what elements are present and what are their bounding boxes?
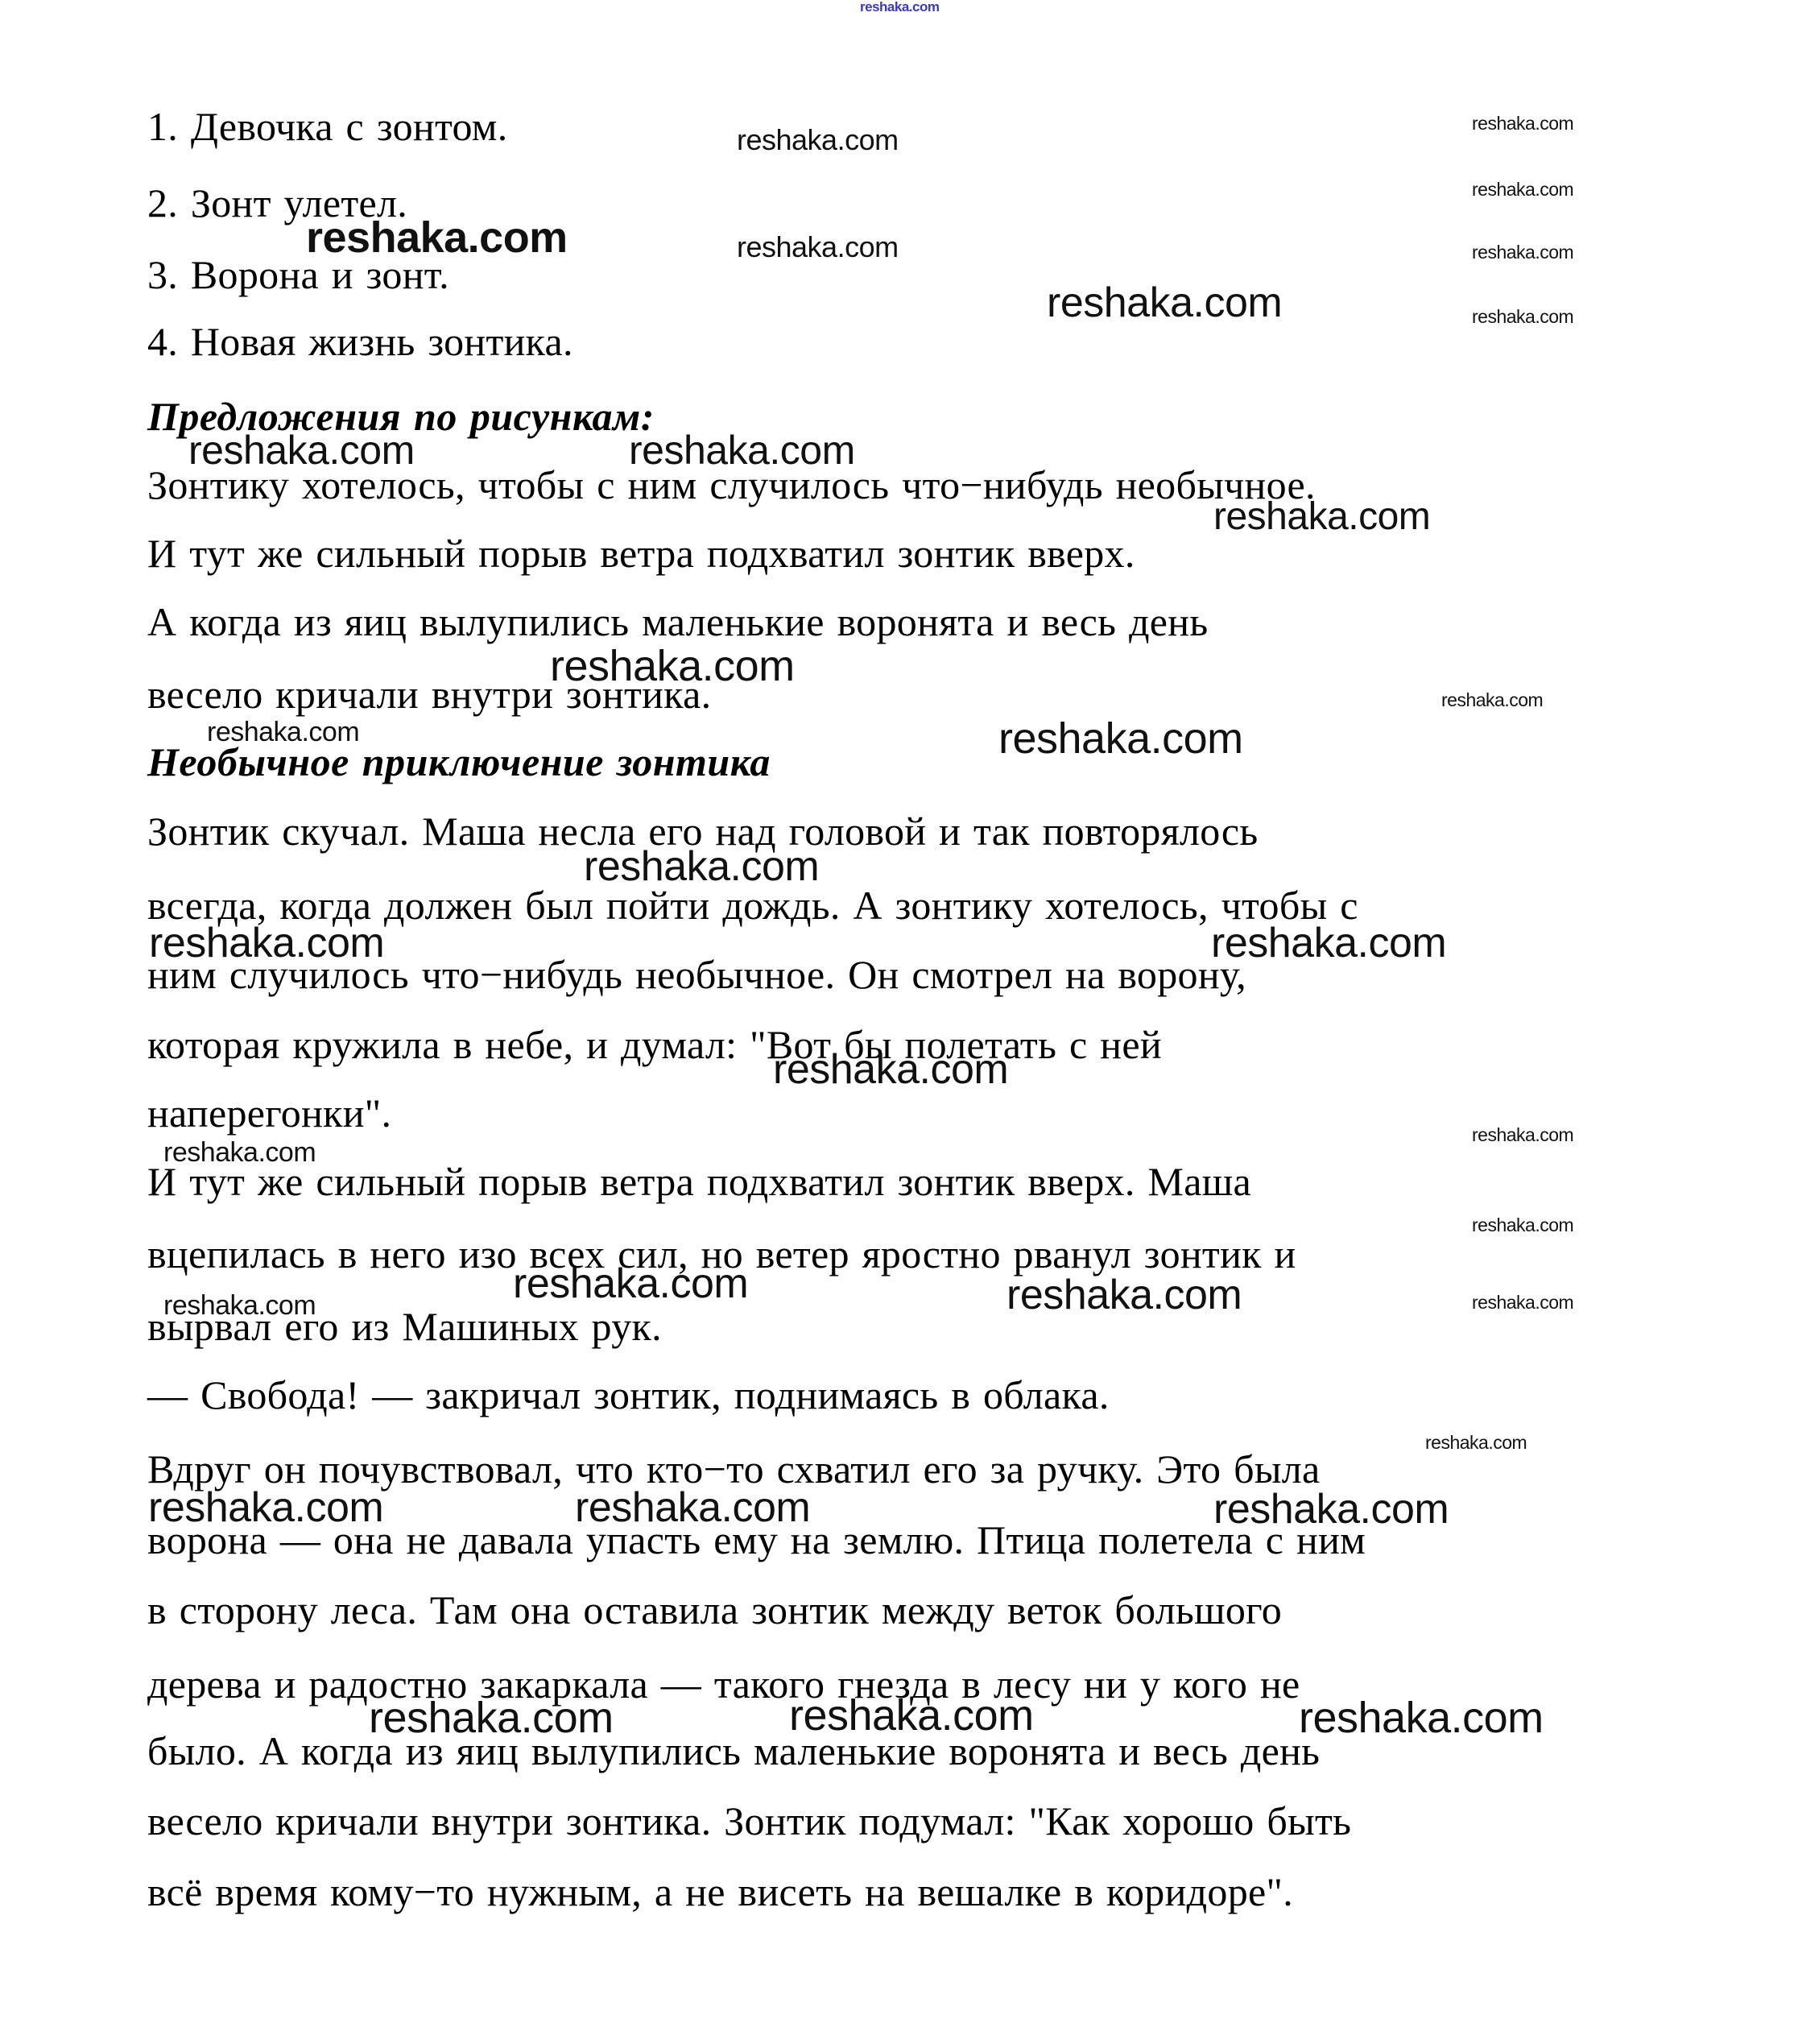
- watermark: reshaka.com: [575, 1487, 810, 1529]
- watermark: reshaka.com: [737, 233, 899, 262]
- watermark: reshaka.com: [369, 1696, 614, 1740]
- watermark: reshaka.com: [1472, 114, 1573, 133]
- sentence-line: И тут же сильный порыв ветра подхватил з…: [147, 533, 1135, 573]
- watermark: reshaka.com: [1472, 243, 1573, 262]
- document-page: 1. Девочка с зонтом.2. Зонт улетел.3. Во…: [0, 0, 1798, 2044]
- watermark: reshaka.com: [998, 717, 1243, 760]
- watermark: reshaka.com: [860, 0, 939, 14]
- watermark: reshaka.com: [188, 430, 415, 470]
- watermark: reshaka.com: [1213, 498, 1430, 536]
- watermark: reshaka.com: [1472, 1126, 1573, 1144]
- story-line: которая кружила в небе, и думал: "Вот бы…: [147, 1024, 1162, 1065]
- section-heading-story-title: Необычное приключение зонтика: [147, 742, 771, 782]
- watermark: reshaka.com: [148, 1487, 383, 1529]
- story-line: было. А когда из яиц вылупились маленьки…: [147, 1731, 1320, 1771]
- answer-list-item: 4. Новая жизнь зонтика.: [147, 321, 573, 362]
- story-line: Вдруг он почувствовал, что кто−то схвати…: [147, 1449, 1320, 1489]
- watermark: reshaka.com: [1472, 308, 1573, 326]
- story-line: весело кричали внутри зонтика. Зонтик по…: [147, 1801, 1351, 1841]
- story-line: в сторону леса. Там она оставила зонтик …: [147, 1590, 1282, 1630]
- watermark: reshaka.com: [1441, 691, 1543, 710]
- story-line: наперегонки".: [147, 1093, 391, 1133]
- watermark: reshaka.com: [306, 216, 568, 259]
- watermark: reshaka.com: [584, 846, 819, 888]
- watermark: reshaka.com: [629, 430, 855, 470]
- watermark: reshaka.com: [163, 1139, 316, 1166]
- watermark: reshaka.com: [207, 718, 359, 746]
- watermark: reshaka.com: [789, 1694, 1034, 1737]
- watermark: reshaka.com: [773, 1049, 1008, 1090]
- watermark: reshaka.com: [1472, 1216, 1573, 1235]
- watermark: reshaka.com: [149, 922, 384, 964]
- sentence-line: А когда из яиц вылупились маленькие воро…: [147, 602, 1208, 642]
- watermark: reshaka.com: [737, 126, 899, 155]
- watermark: reshaka.com: [550, 644, 795, 688]
- watermark: reshaka.com: [163, 1292, 316, 1319]
- watermark: reshaka.com: [1472, 180, 1573, 199]
- story-line: дерева и радостно закаркала — такого гне…: [147, 1664, 1300, 1704]
- story-line: всё время кому−то нужным, а не висеть на…: [147, 1872, 1293, 1912]
- watermark: reshaka.com: [1425, 1434, 1527, 1452]
- story-line: — Свобода! — закричал зонтик, поднимаясь…: [147, 1375, 1110, 1415]
- watermark: reshaka.com: [1299, 1696, 1544, 1740]
- watermark: reshaka.com: [1047, 282, 1282, 324]
- watermark: reshaka.com: [513, 1263, 748, 1305]
- watermark: reshaka.com: [1211, 922, 1446, 964]
- answer-list-item: 1. Девочка с зонтом.: [147, 106, 508, 147]
- watermark: reshaka.com: [1213, 1488, 1449, 1530]
- watermark: reshaka.com: [1006, 1274, 1242, 1316]
- watermark: reshaka.com: [1472, 1293, 1573, 1312]
